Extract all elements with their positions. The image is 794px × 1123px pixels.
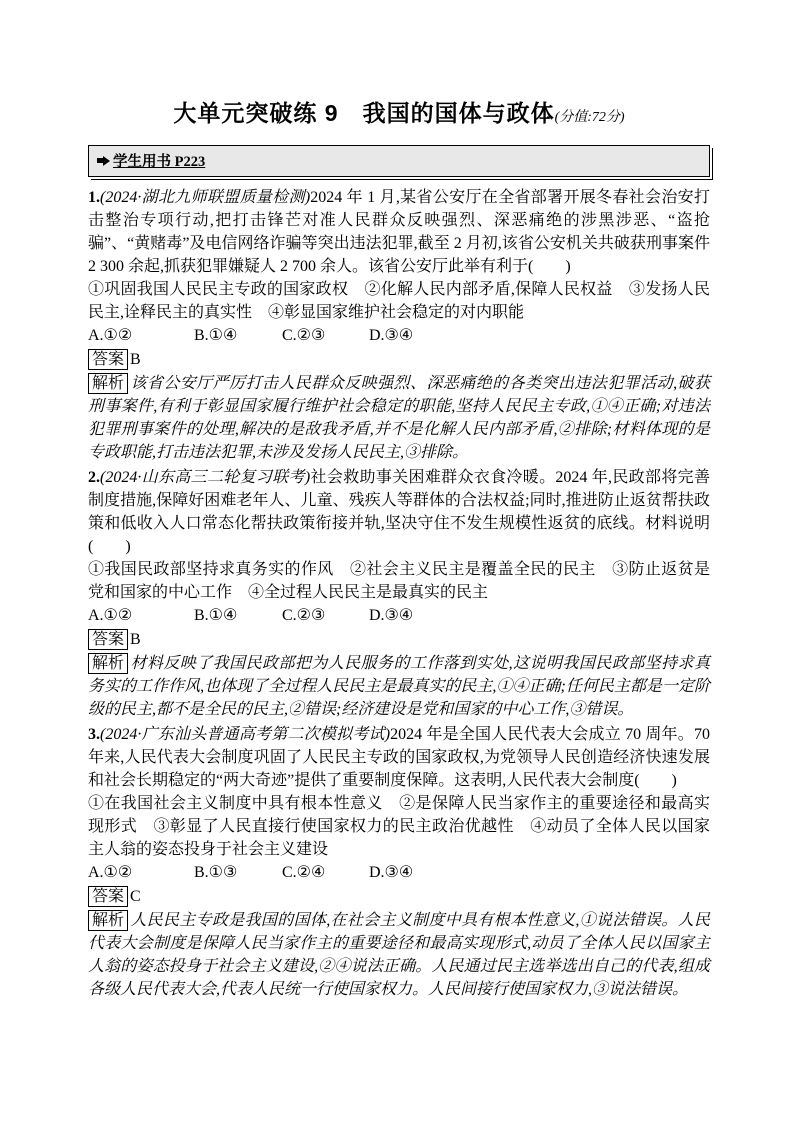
analysis-body: 材料反映了我国民政部把为人民服务的工作落到实处,这说明我国民政部坚持求真务实的工… (88, 655, 710, 718)
question-text: 1.(2024·湖北九师联盟质量检测)2024 年 1 月,某省公安厅在全省部署… (88, 186, 710, 278)
choice-d: D.③④ (369, 604, 413, 627)
choice-c: C.②③ (282, 324, 369, 347)
question-source: (2024·湖北九师联盟质量检测) (100, 189, 310, 206)
question-block-3: 3.(2024·广东汕头普通高考第二次模拟考试)2024 年是全国人民代表大会成… (88, 723, 710, 1001)
analysis-label: 解析 (88, 653, 128, 674)
right-arrow-icon (97, 152, 110, 170)
choice-d: D.③④ (369, 861, 413, 884)
answer-line: 答案B (88, 348, 710, 371)
question-source: (2024·山东高三二轮复习联考) (100, 469, 310, 486)
question-number: 3. (88, 726, 100, 743)
choice-a: A.①② (88, 861, 194, 884)
answer-label: 答案 (88, 629, 128, 650)
answer-value: C (130, 888, 141, 905)
choice-d: D.③④ (369, 324, 413, 347)
analysis-body: 该省公安厅严厉打击人民群众反映强烈、深恶痛绝的各类突出违法犯罪活动,破获刑事案件… (88, 375, 710, 461)
choice-c: C.②④ (282, 861, 369, 884)
worksheet-page: 大单元突破练 9 我国的国体与政体(分值:72分) 学生用书 P223 1.(2… (0, 0, 794, 1001)
questions-list: 1.(2024·湖北九师联盟质量检测)2024 年 1 月,某省公安厅在全省部署… (88, 186, 710, 1001)
choices-row: A.①②B.①④C.②③D.③④ (88, 604, 710, 627)
page-title: 大单元突破练 9 我国的国体与政体(分值:72分) (88, 92, 710, 129)
choice-b: B.①④ (194, 604, 282, 627)
question-source: (2024·广东汕头普通高考第二次模拟考试) (100, 726, 390, 743)
question-number: 2. (88, 469, 100, 486)
choices-row: A.①②B.①④C.②③D.③④ (88, 324, 710, 347)
choice-b: B.①③ (194, 861, 282, 884)
question-text: 2.(2024·山东高三二轮复习联考)社会救助事关困难群众衣食冷暖。2024 年… (88, 466, 710, 558)
question-text: 3.(2024·广东汕头普通高考第二次模拟考试)2024 年是全国人民代表大会成… (88, 723, 710, 792)
choices-row: A.①②B.①③C.②④D.③④ (88, 861, 710, 884)
student-book-ref-text: 学生用书 P223 (113, 154, 205, 170)
answer-value: B (130, 631, 141, 648)
analysis-label: 解析 (88, 910, 128, 931)
answer-label: 答案 (88, 349, 128, 370)
analysis-line: 解析材料反映了我国民政部把为人民服务的工作落到实处,这说明我国民政部坚持求真务实… (88, 652, 710, 721)
choice-b: B.①④ (194, 324, 282, 347)
choice-c: C.②③ (282, 604, 369, 627)
page-title-text: 大单元突破练 9 我国的国体与政体 (173, 100, 554, 126)
question-block-1: 1.(2024·湖北九师联盟质量检测)2024 年 1 月,某省公安厅在全省部署… (88, 186, 710, 464)
answer-line: 答案B (88, 628, 710, 651)
question-statements: ①我国民政部坚持求真务实的作风 ②社会主义民主是覆盖全民的民主 ③防止返贫是党和… (88, 558, 710, 604)
page-title-score: (分值:72分) (555, 110, 625, 125)
question-statements: ①巩固我国人民民主专政的国家政权 ②化解人民内部矛盾,保障人民权益 ③发扬人民民… (88, 278, 710, 324)
question-number: 1. (88, 189, 100, 206)
analysis-line: 解析该省公安厅严厉打击人民群众反映强烈、深恶痛绝的各类突出违法犯罪活动,破获刑事… (88, 372, 710, 464)
answer-line: 答案C (88, 885, 710, 908)
analysis-body: 人民民主专政是我国的国体,在社会主义制度中具有根本性意义,①说法错误。人民代表大… (88, 912, 710, 998)
answer-value: B (130, 351, 141, 368)
choice-a: A.①② (88, 604, 194, 627)
answer-label: 答案 (88, 886, 128, 907)
question-statements: ①在我国社会主义制度中具有根本性意义 ②是保障人民当家作主的重要途径和最高实现形… (88, 792, 710, 861)
choice-a: A.①② (88, 324, 194, 347)
question-block-2: 2.(2024·山东高三二轮复习联考)社会救助事关困难群众衣食冷暖。2024 年… (88, 466, 710, 721)
analysis-label: 解析 (88, 373, 128, 394)
analysis-line: 解析人民民主专政是我国的国体,在社会主义制度中具有根本性意义,①说法错误。人民代… (88, 909, 710, 1001)
student-book-ref-box: 学生用书 P223 (88, 145, 710, 177)
